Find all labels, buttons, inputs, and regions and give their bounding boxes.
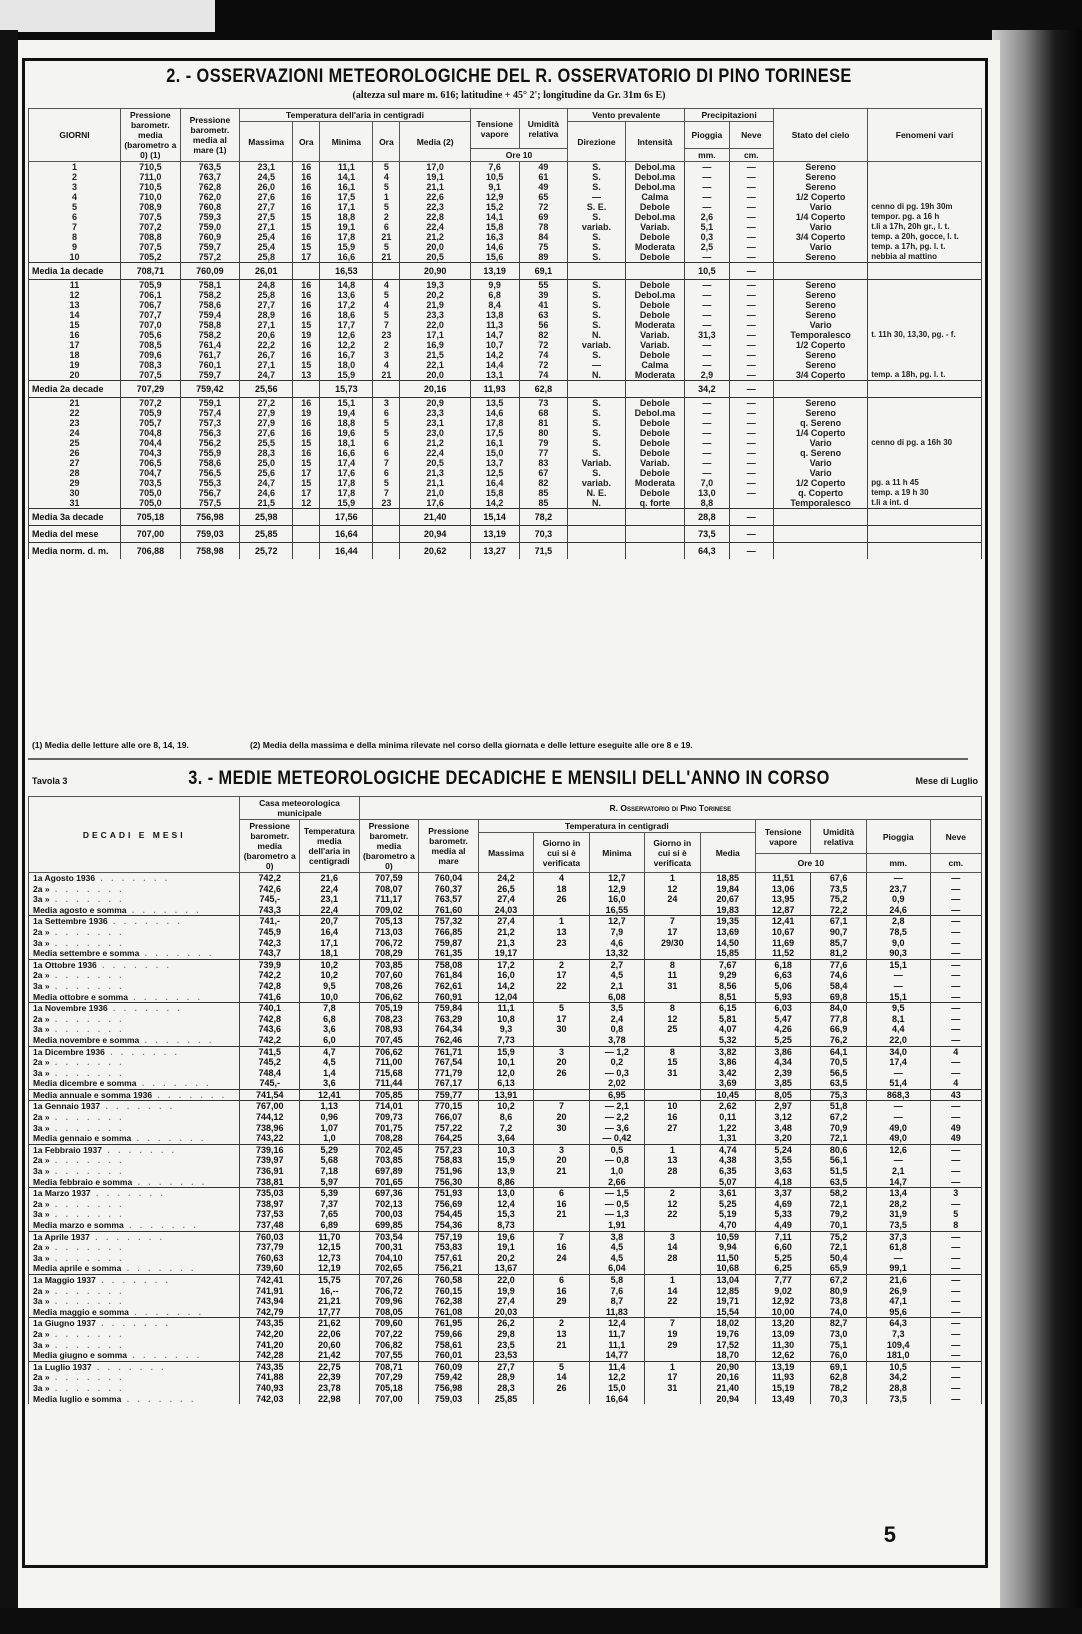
cell-g: 3: [29, 182, 121, 192]
cell-med: 2,62: [700, 1101, 755, 1112]
cell-min: 12,9: [589, 884, 644, 895]
cell-um: 70,9: [811, 1123, 866, 1134]
table-row: 17708,5761,422,21612,2216,910,772variab.…: [29, 340, 982, 350]
cell-min: 17,5: [320, 192, 373, 202]
cell-um: 85,7: [811, 938, 866, 949]
cell-um: 49: [519, 162, 568, 173]
cell-max: 25,98: [240, 509, 293, 526]
cell-lbl: 2a » . . . . . . .: [29, 970, 240, 981]
cell-pg: 8,1: [866, 1014, 930, 1025]
cell-gmin: 25: [645, 1024, 700, 1035]
cell-pb: 706,82: [359, 1340, 419, 1351]
cell-max: 27,6: [240, 428, 293, 438]
table-row: 23705,7757,327,91618,8523,117,881S.Debol…: [29, 418, 982, 428]
cell-min: 12,2: [589, 1372, 644, 1383]
cell-med: 22,6: [400, 192, 470, 202]
leader-dots: . . . . . . .: [50, 1199, 125, 1209]
cell-um: 72,1: [811, 1133, 866, 1144]
cell-omin: 7: [373, 458, 400, 468]
cell-ct: 21,62: [300, 1318, 360, 1329]
cell-empty: [773, 543, 867, 560]
cell-ten: 8,4: [470, 300, 519, 310]
cell-fen: [868, 172, 982, 182]
cell-pm: 756,21: [419, 1263, 479, 1274]
row-label: Media maggio e somma: [33, 1307, 129, 1317]
cell-med: 20,94: [700, 1394, 755, 1405]
cell-cp: 745,2: [240, 1057, 300, 1068]
cell-max: 27,5: [240, 212, 293, 222]
cell-gmin: 28: [645, 1253, 700, 1264]
cell-g: 26: [29, 448, 121, 458]
row-label: 3a »: [33, 1068, 50, 1078]
cell-gmax: [534, 1177, 589, 1188]
cell-fen: [868, 408, 982, 418]
cell-pb: 705,0: [121, 498, 181, 509]
cell-gmin: 2: [645, 1188, 700, 1199]
cell-pb: 705,6: [121, 330, 181, 340]
cell-pb: 708,23: [359, 1014, 419, 1025]
cell-pb: 707,7: [121, 310, 181, 320]
cell-med: 21,5: [400, 350, 470, 360]
cell-pg: —: [685, 320, 729, 330]
footnote-1: (1) Media delle letture alle ore 8, 14, …: [32, 740, 189, 750]
cell-pg: 868,3: [866, 1089, 930, 1101]
cell-pm: 761,4: [180, 340, 240, 350]
cell-ten: 10,7: [470, 340, 519, 350]
cell-omax: 16: [293, 398, 320, 409]
cell-um: 73,5: [811, 884, 866, 895]
cell-fen: t.li a 17h, 20h gr., l. t.: [868, 222, 982, 232]
cell-lbl: 3a » . . . . . . .: [29, 1209, 240, 1220]
cell-pm: 757,5: [180, 498, 240, 509]
cell-max: 27,9: [240, 408, 293, 418]
cell-pb: 711,00: [359, 1057, 419, 1068]
cell-fen: cenno di pg. a 16h 30: [868, 438, 982, 448]
cell-min: 14,8: [320, 280, 373, 291]
cell-um: 56: [519, 320, 568, 330]
table-row: 16705,6758,220,61912,62317,114,782N.Vari…: [29, 330, 982, 340]
cell-pm: 761,60: [419, 905, 479, 916]
table-row: 1a Luglio 1937 . . . . . . .743,3522,757…: [29, 1361, 982, 1372]
cell-omin: 5: [373, 310, 400, 320]
cell-pg: 13,0: [685, 488, 729, 498]
cell-pg: 28,2: [866, 1199, 930, 1210]
cell-fen: temp. a 17h, pg. l. t.: [868, 242, 982, 252]
cell-empty: [568, 526, 625, 543]
row-label: 2a »: [33, 1112, 50, 1122]
cell-ten: 2,97: [755, 1101, 810, 1112]
cell-lbl: Media febbraio e somma . . . . . . .: [29, 1177, 240, 1188]
cell-um: 82,7: [811, 1318, 866, 1329]
cell-med: 17,52: [700, 1340, 755, 1351]
leader-dots: . . . . . . .: [139, 948, 214, 958]
cell-pm: 758,1: [180, 280, 240, 291]
leader-dots: . . . . . . .: [105, 1047, 180, 1057]
scan-border-left: [0, 30, 18, 1634]
col-media3: Media: [700, 833, 755, 873]
cell-omax: 15: [293, 320, 320, 330]
cell-med: 20,16: [700, 1372, 755, 1383]
cell-gmin: 8: [645, 1046, 700, 1057]
leader-dots: . . . . . . .: [50, 1112, 125, 1122]
row-label: 1a Marzo 1937: [33, 1188, 91, 1198]
cell-max: 25,56: [240, 381, 293, 398]
cell-min: 1,91: [589, 1220, 644, 1231]
cell-int: Debole: [625, 252, 685, 263]
cell-omin: 2: [373, 212, 400, 222]
cell-pb: 705,0: [121, 488, 181, 498]
cell-lbl: 2a » . . . . . . .: [29, 1199, 240, 1210]
cell-med: 8,56: [700, 981, 755, 992]
cell-cielo: Vario: [773, 438, 867, 448]
cell-g: 25: [29, 438, 121, 448]
cell-um: 80,6: [811, 1144, 866, 1155]
col-neve3: Neve: [930, 820, 981, 854]
cell-min: — 1,5: [589, 1188, 644, 1199]
cell-gmax: 3: [534, 1144, 589, 1155]
cell-ten: 15,8: [470, 488, 519, 498]
cell-min: 3,78: [589, 1035, 644, 1046]
cell-min: 11,83: [589, 1307, 644, 1318]
cell-nv: —: [930, 970, 981, 981]
cell-pm: 756,98: [180, 509, 240, 526]
cell-nv: —: [930, 1350, 981, 1361]
cell-pm: 759,66: [419, 1329, 479, 1340]
table-row: 5708,9760,827,71617,1522,315,272S. E.Deb…: [29, 202, 982, 212]
cell-um: 72,1: [811, 1242, 866, 1253]
cell-nv: —: [930, 992, 981, 1003]
cell-ten: 6,03: [755, 1003, 810, 1014]
cell-g: 22: [29, 408, 121, 418]
cell-pm: 766,85: [419, 927, 479, 938]
cell-ten: 7,77: [755, 1274, 810, 1285]
leader-dots: . . . . . . .: [102, 1145, 177, 1155]
cell-pb: 700,03: [359, 1209, 419, 1220]
col-vento-group: Vento prevalente: [568, 109, 685, 122]
cell-fen: [868, 428, 982, 438]
cell-med: 18,02: [700, 1318, 755, 1329]
cell-int: Debole: [625, 428, 685, 438]
cell-gmax: 16: [534, 1242, 589, 1253]
cell-dir: S.: [568, 438, 625, 448]
cell-g: 8: [29, 232, 121, 242]
leader-dots: . . . . . . .: [50, 1329, 125, 1339]
leader-dots: . . . . . . .: [124, 1220, 199, 1230]
cell-ten: 12,5: [470, 468, 519, 478]
cell-um: 63: [519, 310, 568, 320]
cell-cp: 744,12: [240, 1112, 300, 1123]
cell-pm: 758,61: [419, 1340, 479, 1351]
cell-um: 61: [519, 172, 568, 182]
cell-ten: 13,1: [470, 370, 519, 381]
cell-med: 21,1: [400, 478, 470, 488]
cell-max: 23,1: [240, 162, 293, 173]
cell-med: 12,85: [700, 1286, 755, 1297]
cell-med: 19,3: [400, 280, 470, 291]
cell-ten: 14,6: [470, 408, 519, 418]
cell-um: 83: [519, 458, 568, 468]
cell-gmin: 8: [645, 1003, 700, 1014]
cell-omax: 13: [293, 370, 320, 381]
cell-max: 27,4: [478, 894, 533, 905]
table-row: Media settembre e somma . . . . . . .743…: [29, 948, 982, 959]
cell-fen: nebbia al mattino: [868, 252, 982, 263]
cell-empty: [868, 526, 982, 543]
row-label: 1a Settembre 1936: [33, 916, 108, 926]
cell-pm: 759,4: [180, 310, 240, 320]
cell-um: 72: [519, 340, 568, 350]
cell-ten: 16,3: [470, 232, 519, 242]
cell-cp: 742,3: [240, 938, 300, 949]
cell-min: 2,7: [589, 959, 644, 970]
cell-g: 23: [29, 418, 121, 428]
col-ora-max: Ora: [293, 122, 320, 162]
cell-pm: 756,5: [180, 468, 240, 478]
cell-nv: —: [930, 1003, 981, 1014]
cell-ct: 1,13: [300, 1101, 360, 1112]
cell-cp: 739,60: [240, 1263, 300, 1274]
table-row: Media maggio e somma . . . . . . .742,79…: [29, 1307, 982, 1318]
cell-ten: 13,49: [755, 1394, 810, 1405]
cell-pb: 707,00: [121, 526, 181, 543]
summary-row: Media 1a decade708,71760,0926,0116,5320,…: [29, 263, 982, 280]
cell-nv: —: [729, 370, 773, 381]
cell-pg: 51,4: [866, 1078, 930, 1089]
row-label: 1a Agosto 1936: [33, 873, 95, 883]
cell-gmin: 12: [645, 1199, 700, 1210]
cell-gmin: 24: [645, 894, 700, 905]
cell-pg: —: [685, 310, 729, 320]
cell-pg: 0,3: [685, 232, 729, 242]
col-media: Media (2): [400, 122, 470, 162]
cell-max: 25,4: [240, 232, 293, 242]
cell-lbl: 1a Agosto 1936 . . . . . . .: [29, 873, 240, 884]
cell-pb: 702,65: [359, 1263, 419, 1274]
col-osservatorio-group: R. Osservatorio di Pino Torinese: [359, 797, 981, 820]
cell-fen: [868, 458, 982, 468]
table-row: 20707,5759,724,71315,92120,013,174N.Mode…: [29, 370, 982, 381]
cell-med: 6,15: [700, 1003, 755, 1014]
cell-pm: 759,7: [180, 242, 240, 252]
cell-pg: —: [685, 428, 729, 438]
cell-um: 77,8: [811, 1014, 866, 1025]
cell-lbl: 1a Giugno 1937 . . . . . . .: [29, 1318, 240, 1329]
cell-gmax: 2: [534, 1318, 589, 1329]
cell-ct: 18,1: [300, 948, 360, 959]
cell-pb: 703,85: [359, 1155, 419, 1166]
cell-um: 72: [519, 360, 568, 370]
cell-dir: N.: [568, 370, 625, 381]
cell-ten: 16,1: [470, 438, 519, 448]
cell-lbl: 3a » . . . . . . .: [29, 1166, 240, 1177]
cell-pm: 759,0: [180, 222, 240, 232]
cell-cielo: q. Sereno: [773, 448, 867, 458]
cell-max: 25,8: [240, 290, 293, 300]
cell-ten: 3,63: [755, 1166, 810, 1177]
cell-um: 51,8: [811, 1101, 866, 1112]
col-ore10: Ore 10: [470, 149, 567, 162]
cell-gmin: 14: [645, 1286, 700, 1297]
cell-pm: 767,17: [419, 1078, 479, 1089]
page-number: 5: [884, 1522, 896, 1548]
cell-omin: 21: [373, 232, 400, 242]
table-row: 2a » . . . . . . .741,9116,--706,72760,1…: [29, 1286, 982, 1297]
col-mm3: mm.: [866, 854, 930, 873]
leader-dots: . . . . . . .: [127, 1350, 202, 1360]
cell-max: 21,2: [478, 927, 533, 938]
cell-max: 13,67: [478, 1263, 533, 1274]
cell-med: 9,29: [700, 970, 755, 981]
cell-cp: 743,94: [240, 1296, 300, 1307]
cell-min: 14,77: [589, 1350, 644, 1361]
cell-gmax: 6: [534, 1274, 589, 1285]
cell-pg: 64,3: [866, 1318, 930, 1329]
cell-empty: [293, 526, 320, 543]
cell-gmin: [645, 1263, 700, 1274]
cell-cielo: Vario: [773, 242, 867, 252]
cell-dir: S.: [568, 468, 625, 478]
table-row: 3a » . . . . . . .745,-23,1711,17763,572…: [29, 894, 982, 905]
cell-ten: 16,4: [470, 478, 519, 488]
cell-pb: 709,6: [121, 350, 181, 360]
cell-dir: S. E.: [568, 202, 625, 212]
cell-gmin: 28: [645, 1166, 700, 1177]
cell-um: 67,1: [811, 916, 866, 927]
cell-cielo: 3/4 Coperto: [773, 370, 867, 381]
cell-pm: 758,2: [180, 330, 240, 340]
cell-gmax: 30: [534, 1123, 589, 1134]
cell-pb: 700,31: [359, 1242, 419, 1253]
cell-pg: 23,7: [866, 884, 930, 895]
cell-max: 27,4: [478, 916, 533, 927]
row-label: 3a »: [33, 1024, 50, 1034]
cell-pg: 10,5: [685, 263, 729, 280]
summary-row: Media norm. d. m.706,88758,9825,7216,442…: [29, 543, 982, 560]
cell-um: 78,2: [811, 1383, 866, 1394]
cell-pb: 697,36: [359, 1188, 419, 1199]
cell-min: 15,1: [320, 398, 373, 409]
cell-med: 21,9: [400, 300, 470, 310]
cell-nv: —: [729, 488, 773, 498]
table-row: 1a Agosto 1936 . . . . . . .742,221,6707…: [29, 873, 982, 884]
cell-ct: 22,39: [300, 1372, 360, 1383]
cell-gmin: 7: [645, 1318, 700, 1329]
cell-pm: 757,22: [419, 1123, 479, 1134]
cell-med: 1,22: [700, 1123, 755, 1134]
cell-lbl: Media 3a decade: [29, 509, 121, 526]
cell-max: 12,04: [478, 992, 533, 1003]
col-cm: cm.: [729, 149, 773, 162]
cell-int: Moderata: [625, 478, 685, 488]
cell-nv: —: [930, 1307, 981, 1318]
cell-nv: —: [930, 1112, 981, 1123]
cell-um: 76,0: [811, 1350, 866, 1361]
cell-ct: 23,1: [300, 894, 360, 905]
cell-omax: 15: [293, 360, 320, 370]
cell-g: 17: [29, 340, 121, 350]
cell-g: 13: [29, 300, 121, 310]
cell-gmin: 3: [645, 1231, 700, 1242]
cell-ten: 14,1: [470, 212, 519, 222]
leader-dots: . . . . . . .: [50, 1014, 125, 1024]
scan-border-top: [0, 0, 1082, 40]
cell-nv: —: [729, 182, 773, 192]
cell-pg: 37,3: [866, 1231, 930, 1242]
cell-pb: 704,4: [121, 438, 181, 448]
cell-um: 72,2: [811, 905, 866, 916]
cell-pg: 14,7: [866, 1177, 930, 1188]
cell-pb: 706,62: [359, 1046, 419, 1057]
cell-gmax: 6: [534, 1188, 589, 1199]
cell-pb: 710,5: [121, 162, 181, 173]
cell-gmax: [534, 1035, 589, 1046]
col-mm: mm.: [685, 149, 729, 162]
cell-ten: 11,93: [470, 381, 519, 398]
cell-cp: 743,3: [240, 905, 300, 916]
cell-ct: 16,--: [300, 1286, 360, 1297]
cell-pb: 707,29: [121, 381, 181, 398]
cell-dir: S.: [568, 162, 625, 173]
cell-nv: —: [930, 1057, 981, 1068]
cell-omax: 16: [293, 202, 320, 212]
cell-min: 17,8: [320, 488, 373, 498]
cell-omax: 19: [293, 408, 320, 418]
cell-nv: —: [930, 1035, 981, 1046]
cell-lbl: 1a Marzo 1937 . . . . . . .: [29, 1188, 240, 1199]
cell-fen: [868, 360, 982, 370]
cell-um: 75: [519, 242, 568, 252]
cell-empty: [293, 263, 320, 280]
cell-fen: [868, 398, 982, 409]
cell-gmax: [534, 1394, 589, 1405]
cell-pb: 704,8: [121, 428, 181, 438]
cell-pg: 2,1: [866, 1166, 930, 1177]
leader-dots: . . . . . . .: [50, 1068, 125, 1078]
cell-int: Debol.ma: [625, 172, 685, 182]
col-umidita3: Umidità relativa: [811, 820, 866, 854]
cell-um: 82: [519, 330, 568, 340]
cell-omax: 16: [293, 172, 320, 182]
cell-pm: 758,6: [180, 300, 240, 310]
leader-dots: . . . . . . .: [97, 960, 172, 970]
summary-row: Media 3a decade705,18756,9825,9817,5621,…: [29, 509, 982, 526]
cell-fen: [868, 300, 982, 310]
cell-pm: 758,98: [180, 543, 240, 560]
cell-gmax: 4: [534, 873, 589, 884]
cell-cielo: Sereno: [773, 280, 867, 291]
cell-lbl: Media agosto e somma . . . . . . .: [29, 905, 240, 916]
row-label: 2a »: [33, 1242, 50, 1252]
cell-pm: 758,6: [180, 458, 240, 468]
cell-int: Debole: [625, 448, 685, 458]
cell-gmax: 16: [534, 1286, 589, 1297]
cell-um: 75,2: [811, 1231, 866, 1242]
cell-gmin: [645, 1350, 700, 1361]
cell-pm: 756,3: [180, 428, 240, 438]
cell-max: 23,5: [478, 1340, 533, 1351]
cell-pm: 757,3: [180, 418, 240, 428]
table-row: 12706,1758,225,81613,6520,26,839S.Debol.…: [29, 290, 982, 300]
cell-lbl: 1a Ottobre 1936 . . . . . . .: [29, 959, 240, 970]
cell-gmax: 20: [534, 1057, 589, 1068]
cell-max: 8,73: [478, 1220, 533, 1231]
cell-int: Moderata: [625, 320, 685, 330]
cell-max: 8,86: [478, 1177, 533, 1188]
leader-dots: . . . . . . .: [50, 927, 125, 937]
cell-med: 10,59: [700, 1231, 755, 1242]
row-label: 2a »: [33, 1372, 50, 1382]
cell-max: 27,9: [240, 418, 293, 428]
